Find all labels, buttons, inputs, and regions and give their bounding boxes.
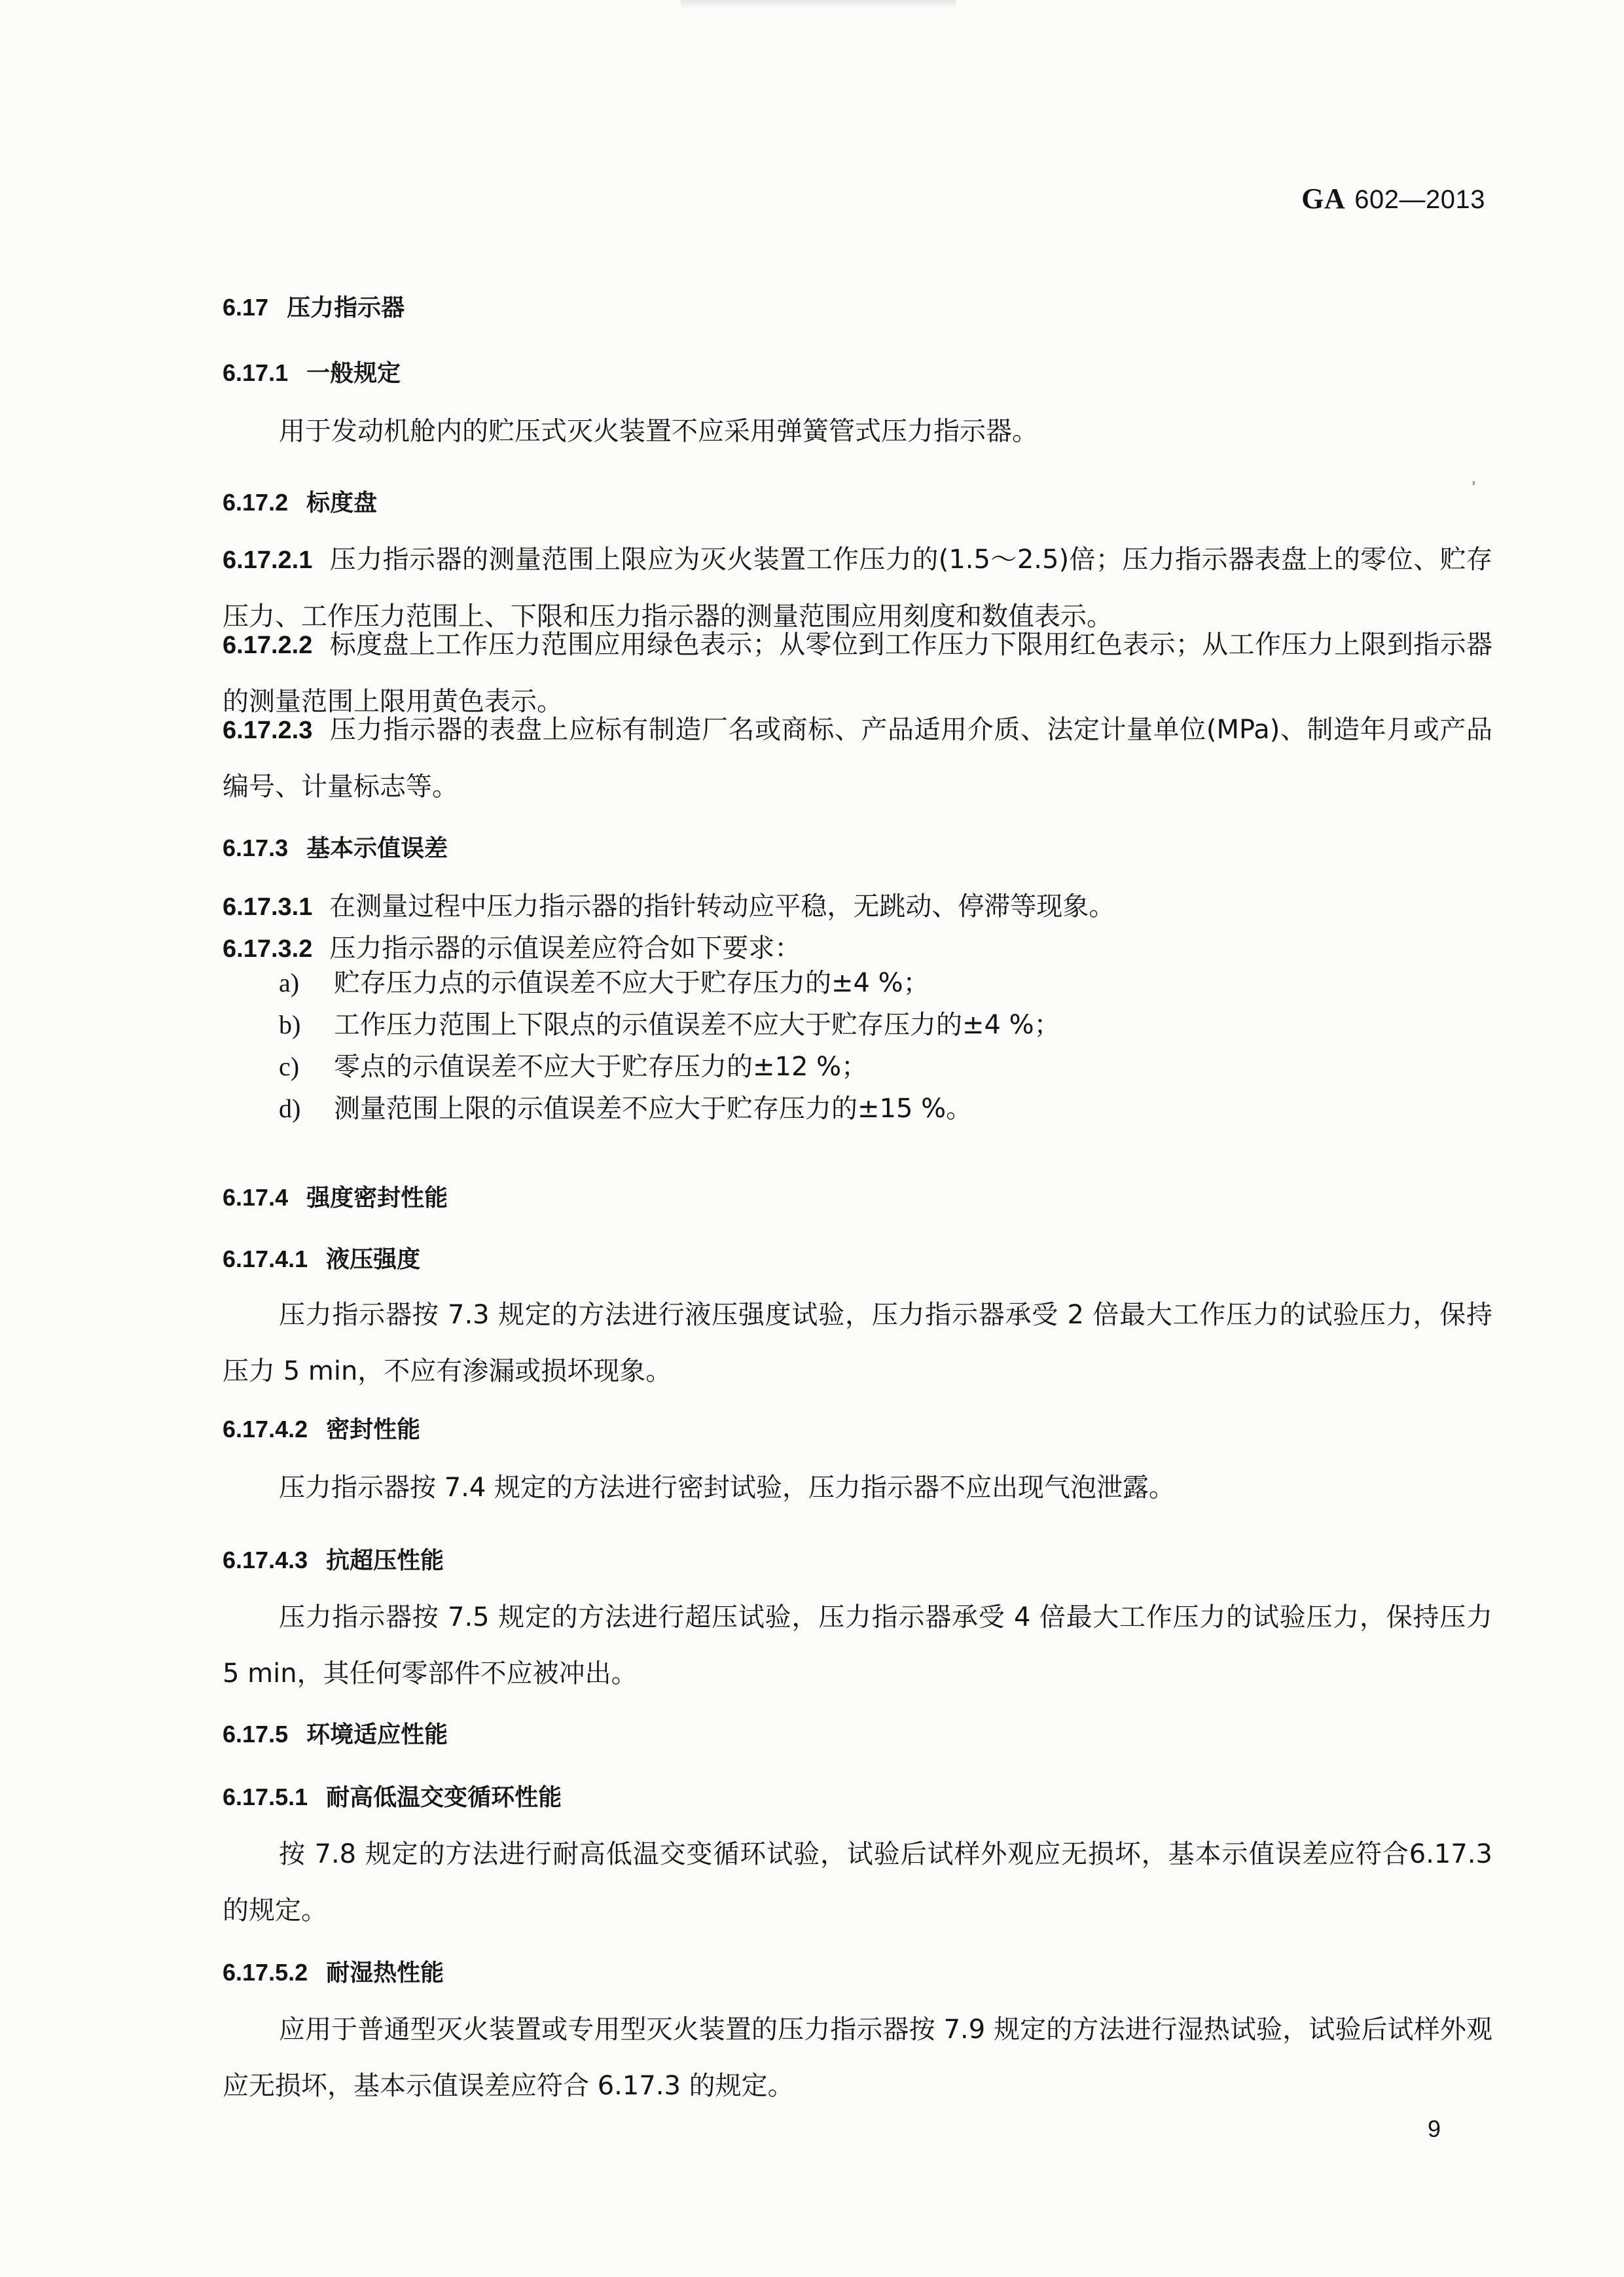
- section-heading-6-17-5-2: 6.17.5.2耐湿热性能: [223, 1957, 1492, 1989]
- document-page: GA602—2013 6.17压力指示器 6.17.1一般规定 用于发动机舱内的…: [0, 0, 1624, 2277]
- list-item: d)测量范围上限的示值误差不应大于贮存压力的±15 %。: [223, 1088, 1492, 1130]
- section-heading-6-17-3: 6.17.3基本示值误差: [223, 833, 1492, 865]
- standard-number: 602—2013: [1354, 185, 1485, 214]
- standard-prefix: GA: [1301, 183, 1345, 215]
- section-heading-6-17-4-1: 6.17.4.1液压强度: [223, 1244, 1492, 1276]
- paragraph-6-17-4-3: 压力指示器按 7.5 规定的方法进行超压试验，压力指示器承受 4 倍最大工作压力…: [223, 1589, 1492, 1702]
- page-number: 9: [1428, 2115, 1441, 2143]
- section-heading-6-17-5: 6.17.5环境适应性能: [223, 1719, 1492, 1751]
- section-heading-6-17-4-2: 6.17.4.2密封性能: [223, 1414, 1492, 1446]
- scan-speck: [1473, 481, 1475, 485]
- paragraph-6-17-4-1: 压力指示器按 7.3 规定的方法进行液压强度试验，压力指示器承受 2 倍最大工作…: [223, 1287, 1492, 1399]
- section-heading-6-17: 6.17压力指示器: [223, 292, 1492, 324]
- error-requirements-list: a)贮存压力点的示值误差不应大于贮存压力的±4 %； b)工作压力范围上下限点的…: [223, 962, 1492, 1130]
- clause-6-17-2-3: 6.17.2.3压力指示器的表盘上应标有制造厂名或商标、产品适用介质、法定计量单…: [223, 702, 1492, 815]
- scan-artifact: [681, 0, 956, 9]
- list-item: c)零点的示值误差不应大于贮存压力的±12 %；: [223, 1046, 1492, 1088]
- list-item: a)贮存压力点的示值误差不应大于贮存压力的±4 %；: [223, 962, 1492, 1004]
- section-heading-6-17-4-3: 6.17.4.3抗超压性能: [223, 1545, 1492, 1577]
- section-heading-6-17-5-1: 6.17.5.1耐高低温交变循环性能: [223, 1782, 1492, 1814]
- paragraph-6-17-5-1: 按 7.8 规定的方法进行耐高低温交变循环试验，试验后试样外观应无损坏，基本示值…: [223, 1826, 1492, 1939]
- section-heading-6-17-1: 6.17.1一般规定: [223, 357, 1492, 389]
- section-heading-6-17-2: 6.17.2标度盘: [223, 487, 1492, 519]
- standard-code-header: GA602—2013: [1301, 182, 1485, 215]
- paragraph-6-17-4-2: 压力指示器按 7.4 规定的方法进行密封试验，压力指示器不应出现气泡泄露。: [223, 1460, 1492, 1516]
- section-heading-6-17-4: 6.17.4强度密封性能: [223, 1182, 1492, 1214]
- list-item: b)工作压力范围上下限点的示值误差不应大于贮存压力的±4 %；: [223, 1004, 1492, 1046]
- paragraph-6-17-1: 用于发动机舱内的贮压式灭火装置不应采用弹簧管式压力指示器。: [223, 403, 1492, 459]
- paragraph-6-17-5-2: 应用于普通型灭火装置或专用型灭火装置的压力指示器按 7.9 规定的方法进行湿热试…: [223, 2001, 1492, 2114]
